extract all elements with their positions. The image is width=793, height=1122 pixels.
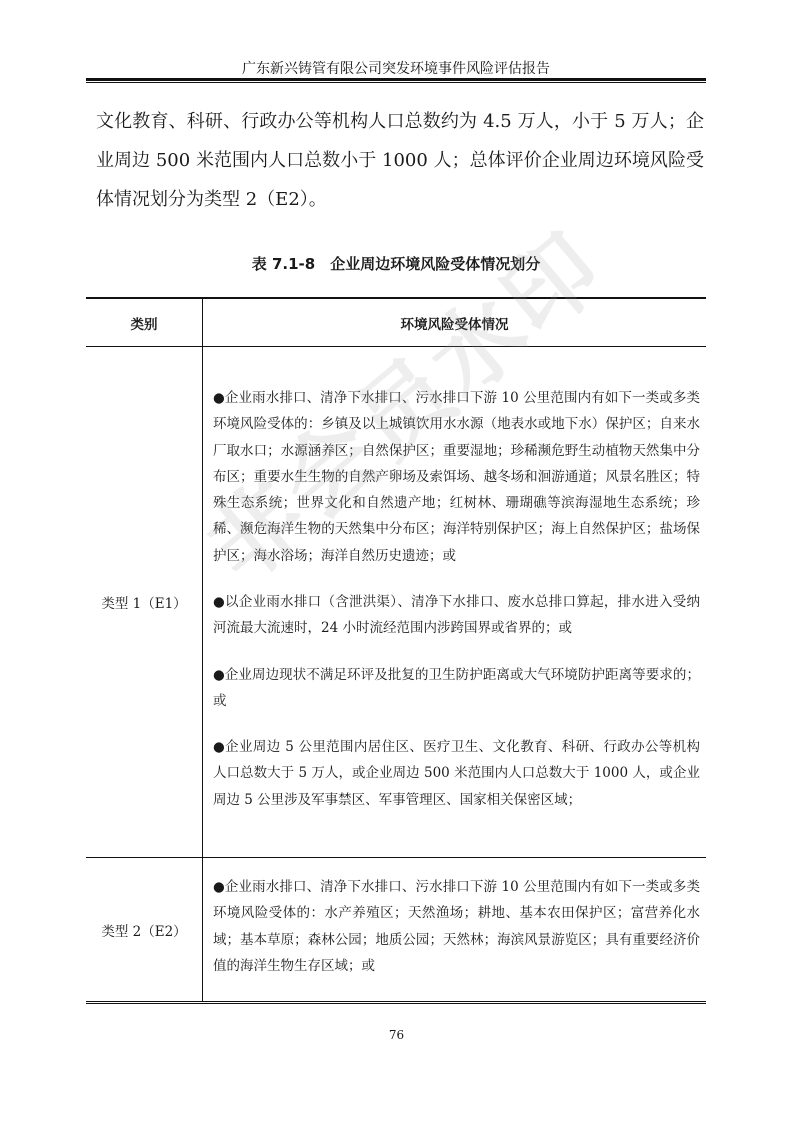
column-header-category: 类别 [86, 298, 203, 347]
table-row: 类型 2（E2） ●企业雨水排口、清净下水排口、污水排口下游 10 公里范围内有… [86, 858, 706, 1003]
receptor-item: ●企业雨水排口、清净下水排口、污水排口下游 10 公里范围内有如下一类或多类环境… [213, 385, 700, 569]
receptor-item: ●企业雨水排口、清净下水排口、污水排口下游 10 公里范围内有如下一类或多类环境… [213, 874, 700, 979]
body-paragraph: 文化教育、科研、行政办公等机构人口总数约为 4.5 万人，小于 5 万人；企业周… [96, 102, 704, 219]
category-cell: 类型 2（E2） [86, 858, 203, 1003]
running-header-title: 广东新兴铸管有限公司突发环境事件风险评估报告 [86, 58, 706, 78]
receptor-item: ●以企业雨水排口（含泄洪渠）、清净下水排口、废水总排口算起，排水进入受纳河流最大… [213, 589, 700, 642]
header-double-rule [86, 78, 706, 84]
risk-receptor-table: 类别 环境风险受体情况 类型 1（E1） ●企业雨水排口、清净下水排口、污水排口… [86, 297, 706, 1004]
table-caption: 表 7.1-8 企业周边环境风险受体情况划分 [86, 253, 706, 274]
header-rule-thin [86, 82, 706, 83]
column-header-receptor: 环境风险受体情况 [203, 298, 707, 347]
category-cell: 类型 1（E1） [86, 347, 203, 858]
table-row: 类型 1（E1） ●企业雨水排口、清净下水排口、污水排口下游 10 公里范围内有… [86, 347, 706, 858]
table-header-row: 类别 环境风险受体情况 [86, 298, 706, 347]
header-rule-thick [86, 78, 706, 81]
receptor-item: ●企业周边 5 公里范围内居住区、医疗卫生、文化教育、科研、行政办公等机构人口总… [213, 734, 700, 813]
receptor-cell: ●企业雨水排口、清净下水排口、污水排口下游 10 公里范围内有如下一类或多类环境… [203, 858, 707, 1003]
receptor-item: ●企业周边现状不满足环评及批复的卫生防护距离或大气环境防护距离等要求的；或 [213, 662, 700, 715]
page-number: 76 [0, 1028, 793, 1042]
receptor-cell: ●企业雨水排口、清净下水排口、污水排口下游 10 公里范围内有如下一类或多类环境… [203, 347, 707, 858]
